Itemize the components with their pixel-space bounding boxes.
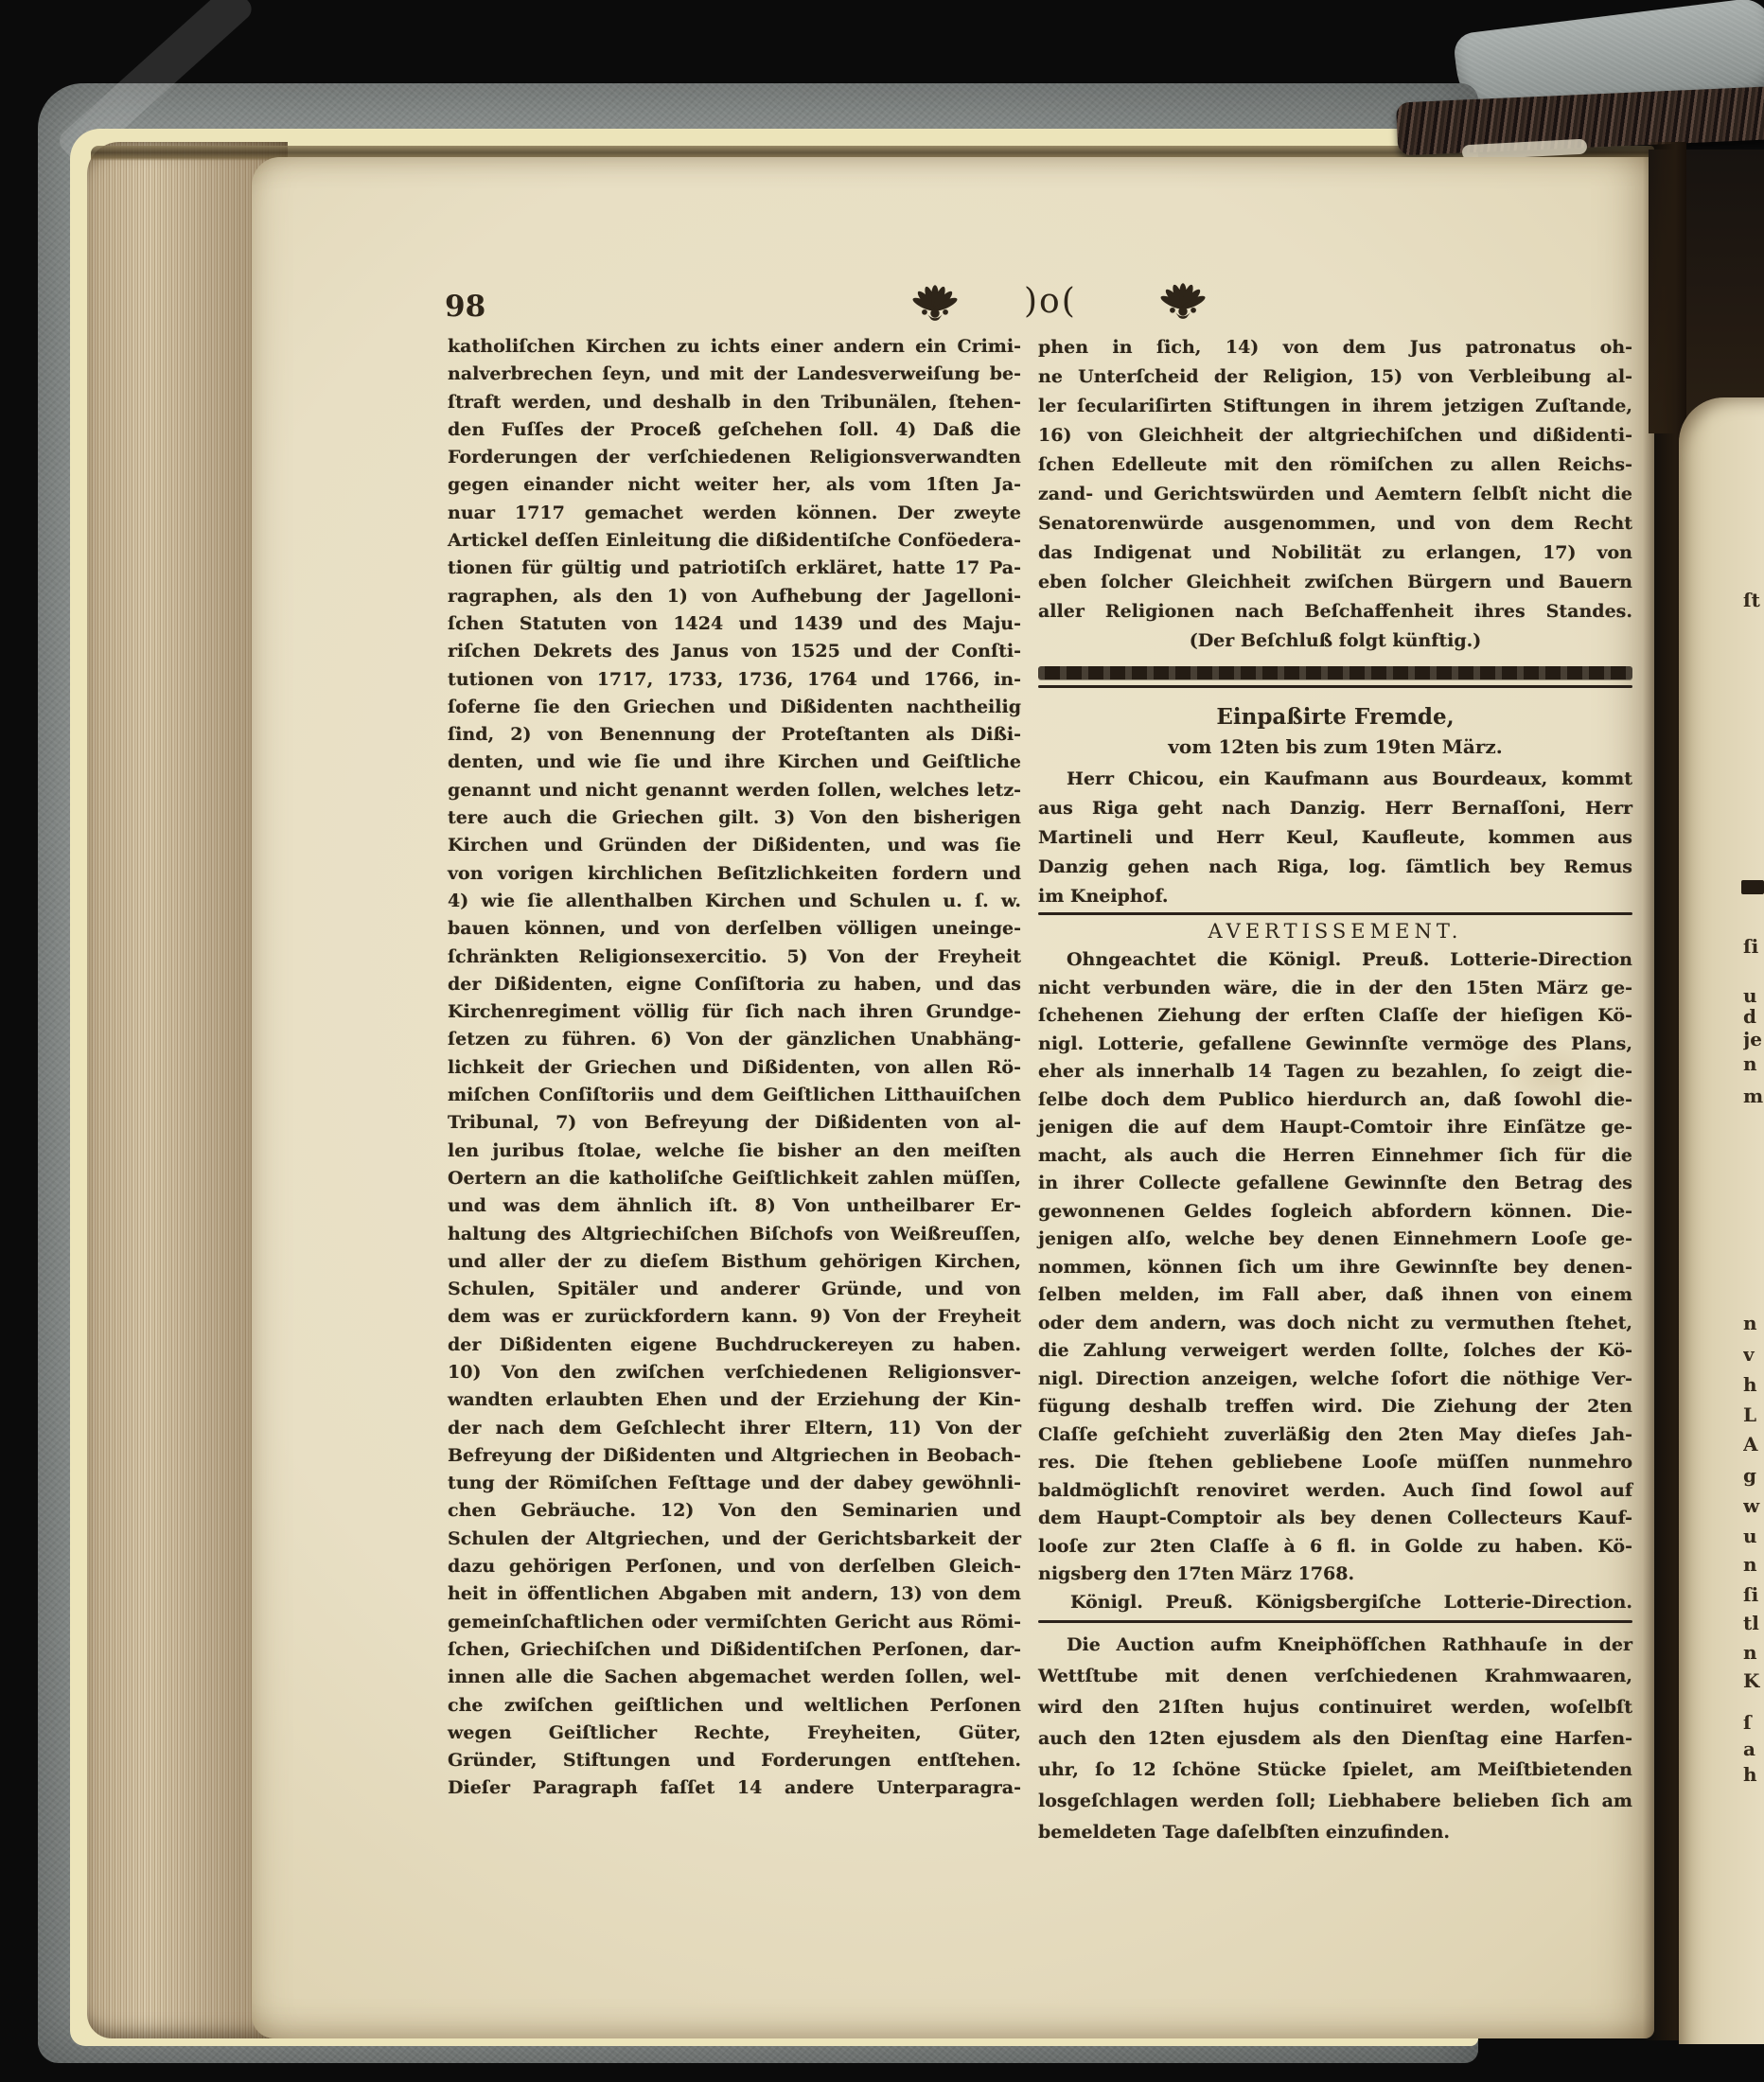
text-line: Schulen, Spitäler und anderer Gründe, un… xyxy=(448,1276,1021,1303)
text-line: Forderungen der verſchiedenen Religionsv… xyxy=(448,444,1021,471)
text-line: wandten erlaubten Ehen und der Erziehung… xyxy=(448,1386,1021,1414)
text-line: Dieſer Paragraph faſſet 14 andere Unterp… xyxy=(448,1774,1021,1802)
facing-page-letter-fragment: a xyxy=(1743,1738,1755,1760)
facing-page-letter-fragment: ſi xyxy=(1743,935,1758,958)
text-line: Danzig gehen nach Riga, log. ſämtlich be… xyxy=(1038,853,1632,882)
left-text-column: katholiſchen Kirchen zu ichts einer ande… xyxy=(448,333,1021,1803)
text-line: chen Gebräuche. 12) Von den Seminarien u… xyxy=(448,1497,1021,1525)
text-line: im Kneiphof. xyxy=(1038,882,1632,911)
text-line: gegen einander nicht weiter her, als vom… xyxy=(448,471,1021,499)
text-line: looſe zur 2ten Claſſe à 6 fl. in Golde z… xyxy=(1038,1533,1632,1561)
text-line: riſchen Dekrets des Janus von 1525 und d… xyxy=(448,638,1021,665)
text-line: ſoferne ſie den Griechen und Dißidenten … xyxy=(448,694,1021,721)
facing-page-letter-fragment: n xyxy=(1743,1553,1757,1576)
text-line: Die Auction aufm Kneiphöfſchen Rathhauſe… xyxy=(1038,1630,1632,1661)
text-line: nigl. Direction anzeigen, welche ſofort … xyxy=(1038,1366,1632,1394)
text-line: von vorigen kirchlichen Beſitzlichkeiten… xyxy=(448,860,1021,888)
text-line: Senatorenwürde ausgenommen, und von dem … xyxy=(1038,509,1632,538)
shell-ornament-icon xyxy=(1158,278,1208,327)
text-line: genannt und nicht genannt werden ſollen,… xyxy=(448,777,1021,804)
text-line: ſetzen zu führen. 6) Von der gänzlichen … xyxy=(448,1026,1021,1053)
text-line: gemeinſchaftlichen oder vermiſchten Geri… xyxy=(448,1609,1021,1636)
text-line: jenigen alſo, welche bey denen Einnehmer… xyxy=(1038,1226,1632,1254)
facing-page-letter-fragment: L xyxy=(1743,1403,1756,1426)
text-line: lichkeit der Griechen und Dißidenten, vo… xyxy=(448,1054,1021,1082)
text-line: dazu gehörigen Perſonen, und von derſelb… xyxy=(448,1553,1021,1580)
text-line: nuar 1717 gemachet werden können. Der zw… xyxy=(448,500,1021,527)
facing-page-letter-fragment: je xyxy=(1743,1028,1762,1050)
text-line: der nach dem Geſchlecht ihrer Eltern, 11… xyxy=(448,1415,1021,1442)
book-scan: ſtſiudjenmnvhLAgwunſitlnKſah 98 )o( xyxy=(0,0,1764,2082)
text-line: nicht verbunden wäre, die in der den 15t… xyxy=(1038,975,1632,1003)
text-line: Claſſe geſchieht zuverläßig den 2ten May… xyxy=(1038,1421,1632,1450)
text-line: 16) von Gleichheit der altgriechiſchen u… xyxy=(1038,421,1632,450)
text-line: aus Riga geht nach Danzig. Herr Bernaſſo… xyxy=(1038,794,1632,823)
text-line: bemeldeten Tage daſelbſten einzufinden. xyxy=(1038,1817,1632,1848)
text-line: und aller der zu dieſem Bisthum gehörige… xyxy=(448,1248,1021,1276)
text-line: denten, und wie ſie und ihre Kirchen und… xyxy=(448,749,1021,776)
text-line: ragraphen, als den 1) von Aufhebung der … xyxy=(448,583,1021,610)
text-line: tung der Römiſchen Feſttage und der dabe… xyxy=(448,1470,1021,1497)
text-line: wegen Geiſtlicher Rechte, Freyheiten, Gü… xyxy=(448,1720,1021,1747)
text-line: ſelben melden, im Fall aber, daß ihnen v… xyxy=(1038,1281,1632,1310)
text-line: Königl. Preuß. Königsbergiſche Lotterie-… xyxy=(1038,1589,1632,1617)
facing-page-letter-fragment: A xyxy=(1743,1433,1758,1456)
text-line: ſchen Edelleute mit den römiſchen zu all… xyxy=(1038,450,1632,480)
fremde-section-body: Herr Chicou, ein Kaufmann aus Bourdeaux,… xyxy=(1038,765,1632,911)
text-line: dem was er zurückfordern kann. 9) Von de… xyxy=(448,1303,1021,1331)
text-line: ſtraft werden, und deshalb in den Tribun… xyxy=(448,389,1021,416)
text-line: jenigen die auf dem Haupt-Comtoir ihre E… xyxy=(1038,1114,1632,1142)
facing-page-letter-fragment: u xyxy=(1743,1525,1757,1547)
facing-page-letter-fragment: ſt xyxy=(1743,589,1760,611)
text-line: Kirchenregiment völlig für ſich nach ihr… xyxy=(448,998,1021,1026)
text-line: bauen können, und von derſelben völligen… xyxy=(448,915,1021,943)
text-line: ſchen Statuten von 1424 und 1439 und des… xyxy=(448,610,1021,638)
text-line: Kirchen und Gründen der Dißidenten, und … xyxy=(448,832,1021,859)
text-line: phen in ſich, 14) von dem Jus patronatus… xyxy=(1038,333,1632,362)
text-line: ſelbe doch dem Publico hierdurch an, daß… xyxy=(1038,1086,1632,1115)
facing-page-letter-fragment: u xyxy=(1743,984,1757,1007)
facing-page-letter-fragment: ſ xyxy=(1743,1711,1752,1734)
text-line: nalverbrechen ſeyn, und mit der Landesve… xyxy=(448,361,1021,388)
section-divider-thin-rule xyxy=(1038,1620,1632,1623)
text-line: Artickel deſſen Einleitung die dißidenti… xyxy=(448,527,1021,555)
facing-page-letter-fragment: tl xyxy=(1743,1612,1759,1634)
avertissement-body: Ohngeachtet die Königl. Preuß. Lotterie-… xyxy=(1038,946,1632,1616)
facing-page-letter-fragment: n xyxy=(1743,1312,1757,1334)
section-divider-thin-rule xyxy=(1038,685,1632,688)
text-line: Tribunal, 7) von Befreyung der Dißidente… xyxy=(448,1109,1021,1137)
text-line: Herr Chicou, ein Kaufmann aus Bourdeaux,… xyxy=(1038,765,1632,794)
text-line: und was dem ähnlich iſt. 8) Von untheilb… xyxy=(448,1192,1021,1220)
text-line: nommen, können ſich um ihre Gewinnſte be… xyxy=(1038,1254,1632,1282)
text-line: tere auch die Griechen gilt. 3) Von den … xyxy=(448,804,1021,832)
text-line: das Indigenat und Nobilität zu erlangen,… xyxy=(1038,538,1632,568)
text-line: Schulen der Altgriechen, und der Gericht… xyxy=(448,1526,1021,1553)
text-line: heit in öffentlichen Abgaben mit andern,… xyxy=(448,1580,1021,1608)
text-line: uhr, ſo 12 ſchöne Stücke ſpielet, am Mei… xyxy=(1038,1755,1632,1786)
text-line: ſind, 2) von Benennung der Proteſtanten … xyxy=(448,721,1021,749)
facing-page-letter-fragment: h xyxy=(1743,1763,1757,1786)
header-separator-mark: )o( xyxy=(1024,282,1077,321)
text-line: zand- und Gerichtswürden und Aemtern ſel… xyxy=(1038,480,1632,509)
text-line: Oertern an die katholiſche Geiſtlichkeit… xyxy=(448,1165,1021,1192)
text-line: 10) Von den zwiſchen verſchiedenen Relig… xyxy=(448,1359,1021,1386)
facing-page-text-fragments: ſtſiudjenmnvhLAgwunſitlnKſah xyxy=(1743,0,1764,2082)
text-line: der Dißidenten, eigne Conſiſtoria zu hab… xyxy=(448,971,1021,998)
section-divider-thick-rule xyxy=(1038,666,1632,679)
text-line: ſchen, Griechiſchen und Dißidentiſchen P… xyxy=(448,1636,1021,1664)
text-line: die Zahlung verweigert werden ſollte, ſo… xyxy=(1038,1337,1632,1366)
text-line: gewonnenen Geldes ſogleich abfordern kön… xyxy=(1038,1198,1632,1226)
facing-page-letter-fragment: K xyxy=(1743,1669,1759,1692)
text-line: oder dem andern, was doch nicht zu vermu… xyxy=(1038,1310,1632,1338)
text-line: macht, als auch die Herren Einnehmer ſic… xyxy=(1038,1142,1632,1171)
facing-page-letter-fragment: h xyxy=(1743,1373,1757,1396)
text-line: tionen für gültig und patriotiſch erklär… xyxy=(448,555,1021,582)
facing-page-letter-fragment: v xyxy=(1743,1343,1755,1366)
facing-page-letter-fragment: n xyxy=(1743,1641,1757,1664)
text-line: ſchehenen Ziehung der erſten Claſſe der … xyxy=(1038,1002,1632,1031)
text-line: haltung des Altgriechiſchen Biſchofs von… xyxy=(448,1221,1021,1248)
auction-notice-body: Die Auction aufm Kneiphöfſchen Rathhauſe… xyxy=(1038,1630,1632,1848)
text-line: innen alle die Sachen abgemachet werden … xyxy=(448,1664,1021,1691)
text-line: der Dißidenten eigene Buchdruckereyen zu… xyxy=(448,1332,1021,1359)
facing-page-letter-fragment: g xyxy=(1743,1464,1756,1487)
text-line: den Fuſſes der Proceß geſchehen ſoll. 4)… xyxy=(448,416,1021,444)
text-line: nigsberg den 17ten März 1768. xyxy=(1038,1561,1632,1589)
fremde-section-title: Einpaßirte Fremde, xyxy=(1038,704,1632,730)
facing-page-letter-fragment: w xyxy=(1743,1494,1759,1517)
facing-page-letter-fragment: n xyxy=(1743,1052,1757,1075)
text-line: ler ſeculariſirten Stiftungen in ihrem j… xyxy=(1038,392,1632,421)
text-line: Ohngeachtet die Königl. Preuß. Lotterie-… xyxy=(1038,946,1632,975)
text-line: miſchen Conſiſtoriis und dem Geiſtlichen… xyxy=(448,1082,1021,1109)
text-line: eben ſolcher Gleichheit zwiſchen Bürgern… xyxy=(1038,568,1632,597)
text-line: baldmöglichſt renoviret werden. Auch ſin… xyxy=(1038,1477,1632,1506)
article-continuation: phen in ſich, 14) von dem Jus patronatus… xyxy=(1038,333,1632,656)
text-line: res. Die ſtehen gebliebene Looſe müſſen … xyxy=(1038,1449,1632,1477)
page-number: 98 xyxy=(445,290,485,324)
text-line: wird den 21ſten hujus continuiret werden… xyxy=(1038,1692,1632,1723)
text-line: len juribus ſtolae, welche ſie bisher an… xyxy=(448,1138,1021,1165)
text-line: dem Haupt-Comptoir als bey denen Collect… xyxy=(1038,1505,1632,1533)
text-line: aller Religionen nach Beſchaffenheit ihr… xyxy=(1038,597,1632,626)
text-line: (Der Beſchluß folgt künftig.) xyxy=(1038,626,1632,656)
facing-page-letter-fragment: ſi xyxy=(1743,1583,1758,1606)
facing-page-letter-fragment: m xyxy=(1743,1085,1763,1107)
facing-page-letter-fragment: d xyxy=(1743,1005,1756,1028)
text-line: Martineli und Herr Keul, Kaufleute, komm… xyxy=(1038,823,1632,853)
section-divider-thin-rule xyxy=(1038,912,1632,915)
text-line: ne Unterſcheid der Religion, 15) von Ver… xyxy=(1038,362,1632,392)
text-line: auch den 12ten ejusdem als den Dienſtag … xyxy=(1038,1723,1632,1755)
text-line: nigl. Lotterie, gefallene Gewinnſte verm… xyxy=(1038,1031,1632,1059)
text-line: 4) wie ſie allenthalben Kirchen und Schu… xyxy=(448,888,1021,915)
text-line: che zwiſchen geiſtlichen und weltlichen … xyxy=(448,1692,1021,1720)
text-line: ſchränkten Religionsexercitio. 5) Von de… xyxy=(448,944,1021,971)
text-line: eher als innerhalb 14 Tagen zu bezahlen,… xyxy=(1038,1058,1632,1086)
text-line: losgeſchlagen werden ſoll; Liebhabere be… xyxy=(1038,1786,1632,1817)
text-line: katholiſchen Kirchen zu ichts einer ande… xyxy=(448,333,1021,361)
text-line: Wettſtube mit denen verſchiedenen Krahmw… xyxy=(1038,1661,1632,1692)
shell-ornament-icon xyxy=(910,280,960,329)
text-line: Befreyung der Dißidenten und Altgriechen… xyxy=(448,1442,1021,1470)
fremde-section-subtitle: vom 12ten bis zum 19ten März. xyxy=(1038,735,1632,758)
text-line: tutionen von 1717, 1733, 1736, 1764 und … xyxy=(448,666,1021,694)
text-line: fügung deshalb treffen wird. Die Ziehung… xyxy=(1038,1393,1632,1421)
text-line: in ihrer Collecte gefallene Gewinnſte de… xyxy=(1038,1170,1632,1198)
text-line: Gründer, Stiftungen und Forderungen entſ… xyxy=(448,1747,1021,1774)
avertissement-title: AVERTISSEMENT. xyxy=(1038,920,1632,943)
